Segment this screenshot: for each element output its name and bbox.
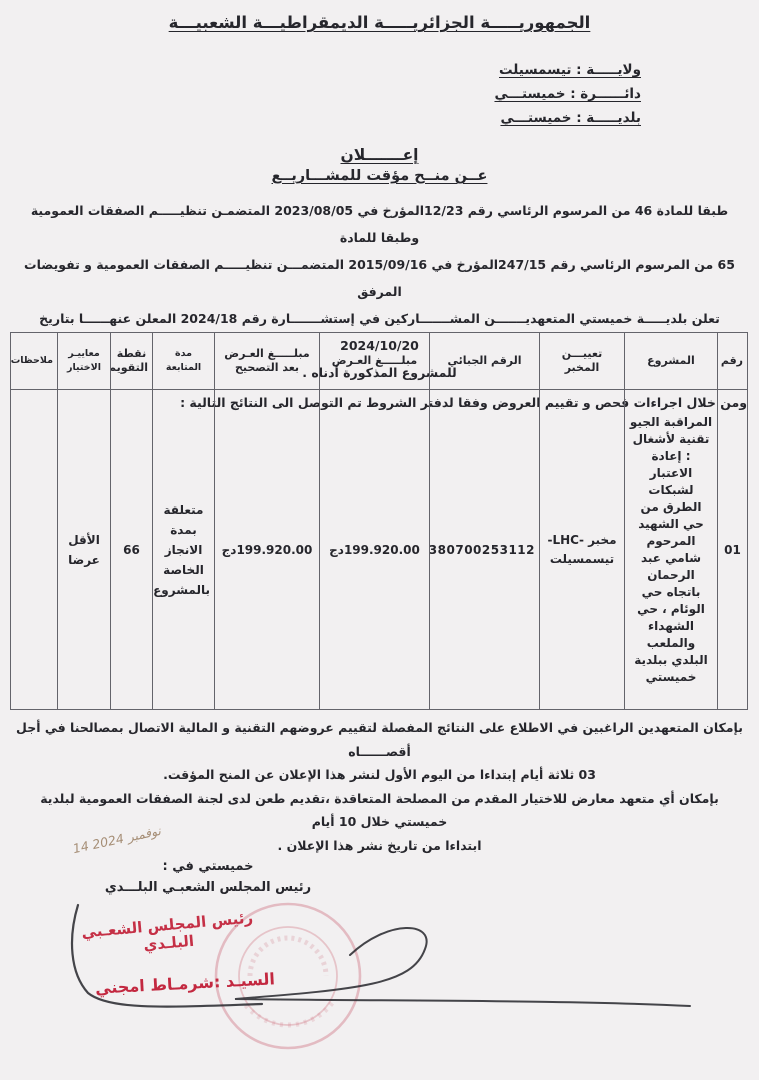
cell-tax-id: 175380700253112 xyxy=(430,390,540,710)
commune-line: بلديـــــة : خميستـــي xyxy=(494,106,641,130)
table-row: 01 المراقبة الجيو تقنية لأشغال : إعادة ا… xyxy=(11,390,748,710)
republic-title: الجمهوريـــــة الجزائريـــــة الديمقراطي… xyxy=(0,13,759,32)
col-header-offer-corrected: مبلـــــغ العـرض بعد التصحيح xyxy=(215,333,320,390)
cell-offer-amount: 199.920.00دج xyxy=(320,390,430,710)
signature-block: خميستي في : رئيس المجلس الشعبـي البلـــد… xyxy=(68,856,348,898)
note1-line1: بإمكان المتعهدين الراغبين في الاطلاع على… xyxy=(14,716,745,763)
cell-remarks xyxy=(11,390,58,710)
col-header-laboratory: تعييـــن المخبر xyxy=(540,333,625,390)
col-header-score: نقطة التقويم xyxy=(111,333,153,390)
cell-offer-corrected: 199.920.00دج xyxy=(215,390,320,710)
announcement-title-block: إعـــــــلان عــن منــح مؤقت للمشـــاريـ… xyxy=(0,146,759,184)
col-header-duration: مدة المتابعة xyxy=(153,333,215,390)
announcement-subtitle: عــن منــح مؤقت للمشـــاريــع xyxy=(0,168,759,184)
cell-score: 66 xyxy=(111,390,153,710)
signature-ink-stroke xyxy=(50,893,710,1063)
cell-project: المراقبة الجيو تقنية لأشغال : إعادة الاع… xyxy=(625,390,718,710)
cell-num: 01 xyxy=(718,390,748,710)
scanned-announcement-document: الجمهوريـــــة الجزائريـــــة الديمقراطي… xyxy=(0,0,759,1080)
cell-criteria: الأقل عرضا xyxy=(58,390,111,710)
administrative-block: ولايـــــة : تيسمسيلت دائــــــرة : خميس… xyxy=(494,58,641,130)
intro-line-1: طبقا للمادة 46 من المرسوم الرئاسي رقم 12… xyxy=(12,197,747,251)
place-date-line: خميستي في : xyxy=(68,856,348,877)
col-header-num: رقم xyxy=(718,333,748,390)
col-header-remarks: ملاحظات xyxy=(11,333,58,390)
col-header-criteria: معاييـر الاختيار xyxy=(58,333,111,390)
daira-line: دائــــــرة : خميستـــي xyxy=(494,82,641,106)
cell-duration: متعلقة بمدة الانجاز الخاصة بالمشروع xyxy=(153,390,215,710)
table-header-row: رقم المشروع تعييـــن المخبر الرقم الجبائ… xyxy=(11,333,748,390)
col-header-tax-id: الرقم الجبائي xyxy=(430,333,540,390)
cell-laboratory: مخبر -LHC- تيسمسيلت xyxy=(540,390,625,710)
col-header-offer-amount: مبلـــــغ العـرض xyxy=(320,333,430,390)
wilaya-line: ولايـــــة : تيسمسيلت xyxy=(494,58,641,82)
col-header-project: المشروع xyxy=(625,333,718,390)
announcement-title: إعـــــــلان xyxy=(0,146,759,164)
intro-line-2: 65 من المرسوم الرئاسي رقم 247/15المؤرخ ف… xyxy=(12,251,747,305)
note2-line1: بإمكان أي متعهد معارض للاختيار المقدم من… xyxy=(14,787,745,834)
note1-line2: 03 ثلاثة أيام إبتداءا من اليوم الأول لنش… xyxy=(14,763,745,787)
results-table: رقم المشروع تعييـــن المخبر الرقم الجبائ… xyxy=(10,332,748,710)
